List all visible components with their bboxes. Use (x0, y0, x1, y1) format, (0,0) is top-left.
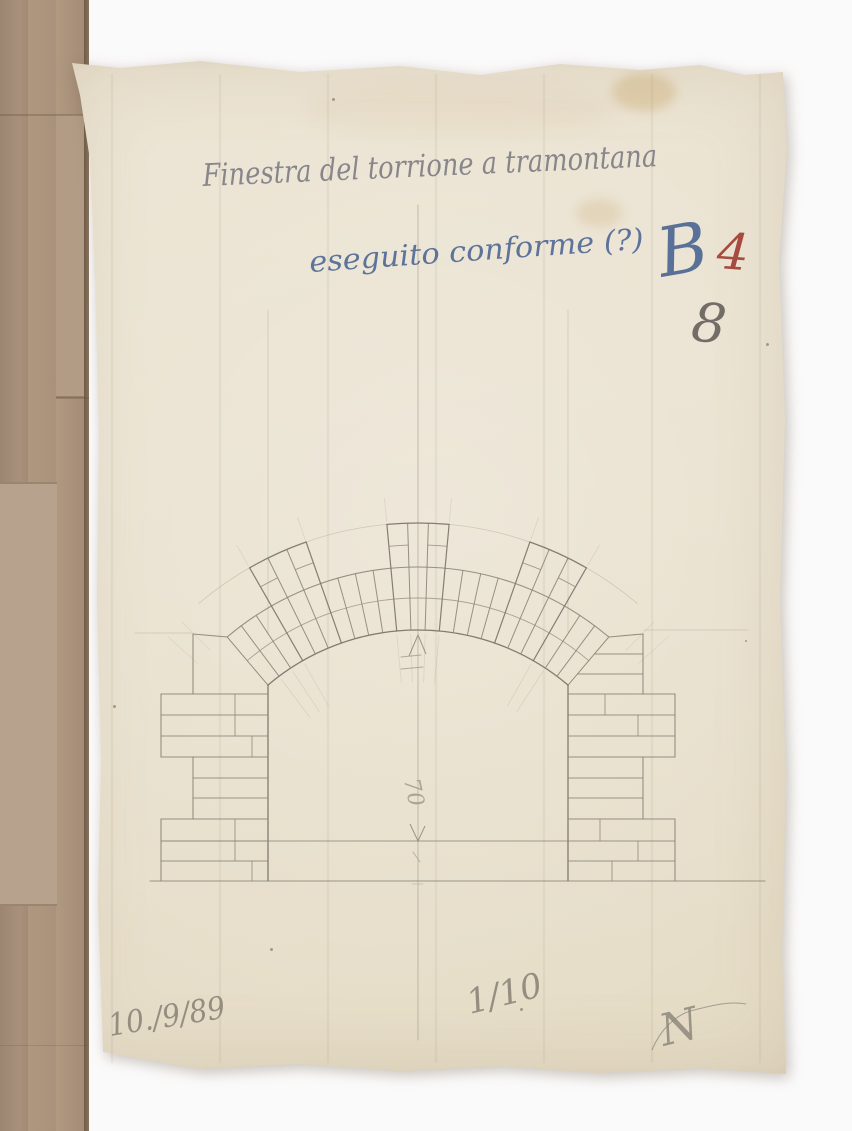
paper-stain (576, 199, 622, 227)
paper-stain (310, 83, 610, 135)
foxing-speck (270, 948, 273, 951)
foxing-speck (766, 343, 769, 346)
foxing-speck (745, 640, 747, 642)
foxing-speck (520, 1008, 523, 1011)
foxing-speck (113, 705, 116, 708)
binding-light-layer (0, 482, 57, 906)
paper-sheet (60, 55, 800, 1080)
scanned-drawing-page: Finestra del torrione a tramontana esegu… (0, 0, 852, 1131)
foxing-speck (332, 98, 335, 101)
paper-sheet-wrap (60, 55, 800, 1080)
paper-stain (612, 73, 676, 111)
